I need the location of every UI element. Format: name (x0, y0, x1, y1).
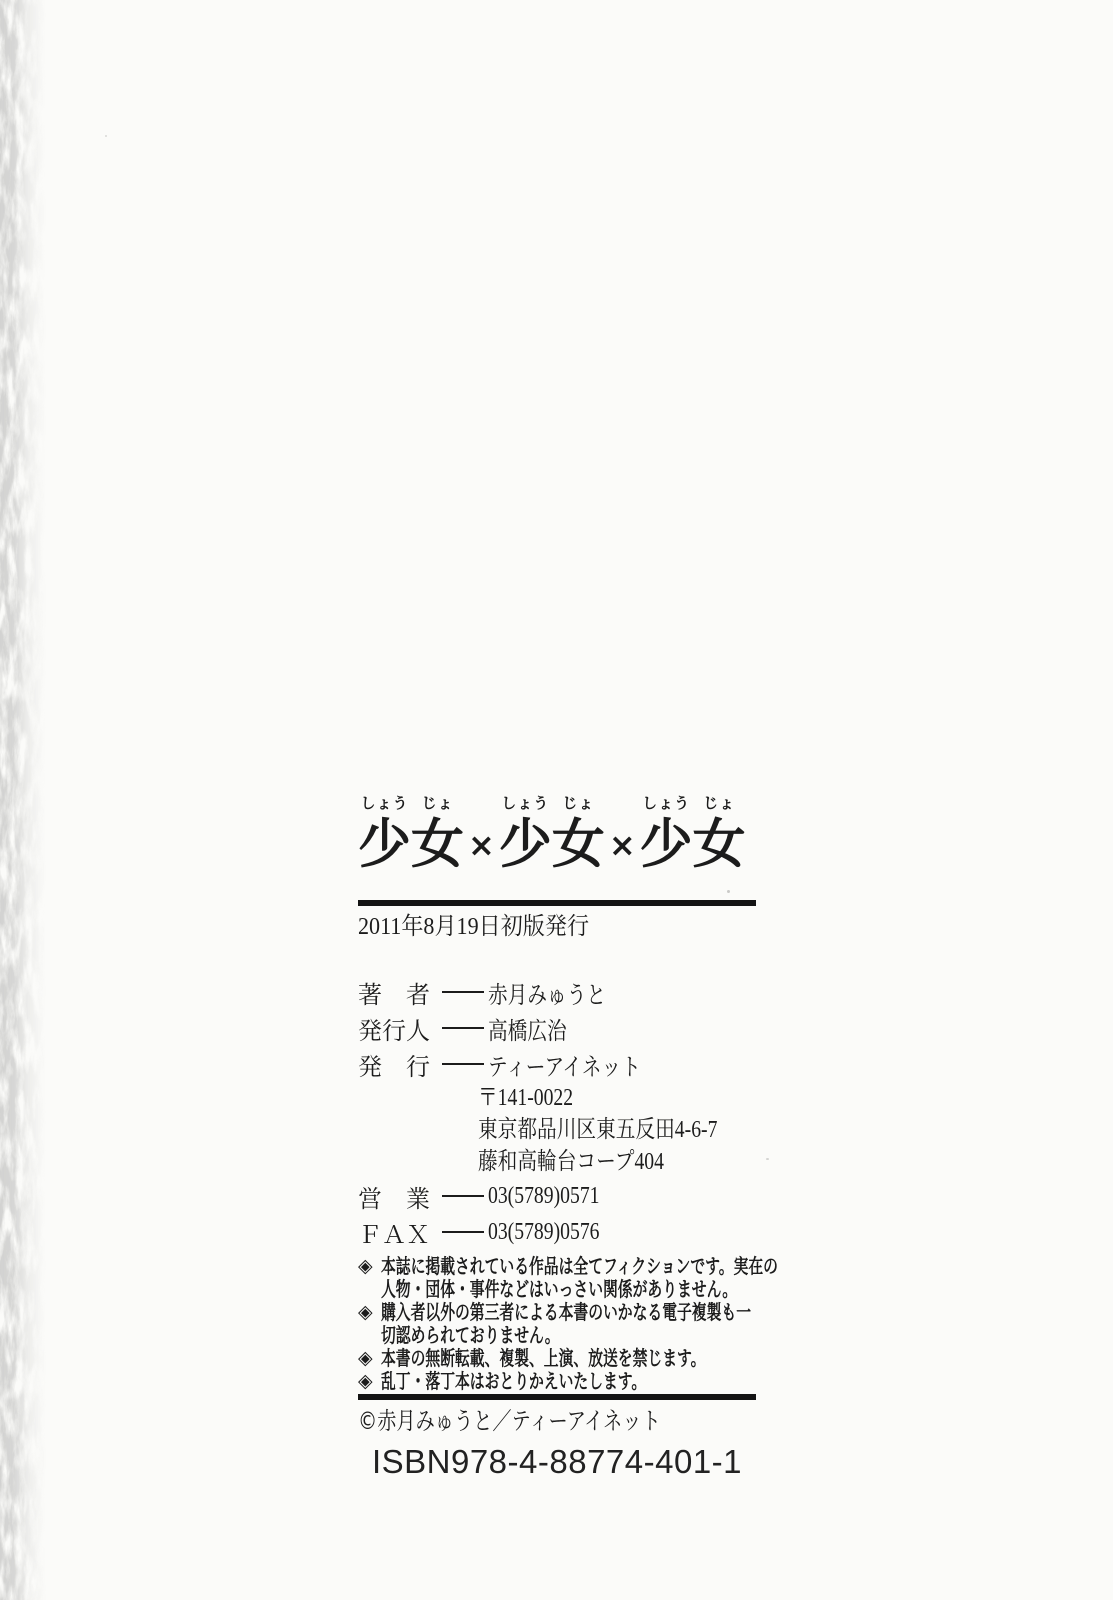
dash-line (442, 1231, 484, 1233)
row-value: 高橋広治 (488, 1011, 567, 1046)
colophon-content: 少しょう女じょ×少しょう女じょ×少しょう女じょ 2011年8月19日初版発行 著… (358, 793, 756, 1479)
row-label: 著 者 (358, 975, 440, 1010)
colophon-row-issuer: 発行人 高橋広治 (358, 1010, 756, 1046)
furigana: しょう (640, 794, 693, 815)
furigana: しょう (358, 794, 411, 815)
title-kanji: 少 (640, 814, 693, 875)
dash-line (442, 1195, 484, 1197)
scan-edge-noise (0, 0, 46, 1600)
divider-bottom (358, 1394, 756, 1400)
book-title: 少しょう女じょ×少しょう女じょ×少しょう女じょ (358, 793, 756, 871)
publisher-address: 〒141-0022 東京都品川区東五反田4-6-7 藤和高輪台コープ404 (478, 1082, 756, 1178)
diamond-bullet-icon: ◈ (358, 1347, 381, 1370)
title-kanji: 女 (411, 814, 464, 875)
notice-text: 本誌に掲載されている作品は全てフィクションです。実在の (381, 1255, 659, 1278)
title-word-3: 少しょう女じょ (640, 794, 746, 871)
title-word-2: 少しょう女じょ (499, 794, 605, 871)
row-label: 発 行 (358, 1047, 440, 1082)
divider-top (358, 900, 756, 906)
edition-date: 2011年8月19日初版発行 (358, 912, 724, 942)
furigana: じょ (552, 794, 605, 815)
furigana: しょう (499, 794, 552, 815)
colophon-block: 著 者 赤月みゅうと 発行人 高橋広治 発 行 ティーアイネット 〒141-00… (358, 974, 756, 1250)
diamond-bullet-icon: ◈ (358, 1370, 381, 1393)
address-line: 藤和高輪台コープ404 (478, 1146, 706, 1178)
title-kanji: 少 (499, 814, 552, 875)
furigana: じょ (411, 794, 464, 815)
notice-item: ◈ 購入者以外の第三者による本書のいかなる電子複製も一 切認められておりません。 (358, 1301, 756, 1347)
address-line: 東京都品川区東五反田4-6-7 (478, 1114, 706, 1146)
notice-text: 購入者以外の第三者による本書のいかなる電子複製も一 (381, 1301, 659, 1324)
title-kanji: 少 (358, 814, 411, 875)
notice-text: 人物・団体・事件などはいっさい関係がありません。 (381, 1278, 659, 1301)
title-kanji: 女 (693, 814, 746, 875)
notice-text: 本書の無断転載、複製、上演、放送を禁じます。 (381, 1347, 659, 1370)
colophon-row-author: 著 者 赤月みゅうと (358, 974, 756, 1010)
colophon-page: 少しょう女じょ×少しょう女じょ×少しょう女じょ 2011年8月19日初版発行 著… (0, 0, 1113, 1600)
notice-item: ◈ 本誌に掲載されている作品は全てフィクションです。実在の 人物・団体・事件など… (358, 1255, 756, 1301)
scan-speck (766, 1158, 769, 1160)
furigana: じょ (693, 794, 746, 815)
row-label: ＦＡＸ (358, 1215, 440, 1250)
cross-separator: × (468, 829, 495, 861)
colophon-row-sales: 営 業 03(5789)0571 (358, 1178, 756, 1214)
title-word-1: 少しょう女じょ (358, 794, 464, 871)
notice-item: ◈ 本書の無断転載、複製、上演、放送を禁じます。 (358, 1347, 756, 1370)
notices-block: ◈ 本誌に掲載されている作品は全てフィクションです。実在の 人物・団体・事件など… (358, 1255, 756, 1393)
dash-line (442, 991, 484, 993)
diamond-bullet-icon: ◈ (358, 1255, 381, 1301)
colophon-row-fax: ＦＡＸ 03(5789)0576 (358, 1214, 756, 1250)
dash-line (442, 1027, 484, 1029)
notice-text: 切認められておりません。 (381, 1324, 659, 1347)
notice-item: ◈ 乱丁・落丁本はおとりかえいたします。 (358, 1370, 756, 1393)
diamond-bullet-icon: ◈ (358, 1301, 381, 1347)
row-label: 発行人 (358, 1011, 440, 1046)
cross-separator: × (609, 829, 636, 861)
row-value: ティーアイネット (488, 1047, 641, 1082)
row-label: 営 業 (358, 1179, 440, 1214)
row-value: 03(5789)0576 (488, 1219, 600, 1246)
title-kanji: 女 (552, 814, 605, 875)
row-value: 03(5789)0571 (488, 1183, 600, 1210)
dash-line (442, 1063, 484, 1065)
notice-text: 乱丁・落丁本はおとりかえいたします。 (381, 1370, 659, 1393)
postal-code: 〒141-0022 (478, 1082, 706, 1114)
colophon-row-publisher: 発 行 ティーアイネット (358, 1046, 756, 1082)
copyright-line: ©赤月みゅうと／ティーアイネット (358, 1407, 676, 1435)
isbn-number: ISBN978-4-88774-401-1 (358, 1445, 756, 1479)
scan-speck (105, 135, 107, 137)
row-value: 赤月みゅうと (488, 975, 606, 1010)
